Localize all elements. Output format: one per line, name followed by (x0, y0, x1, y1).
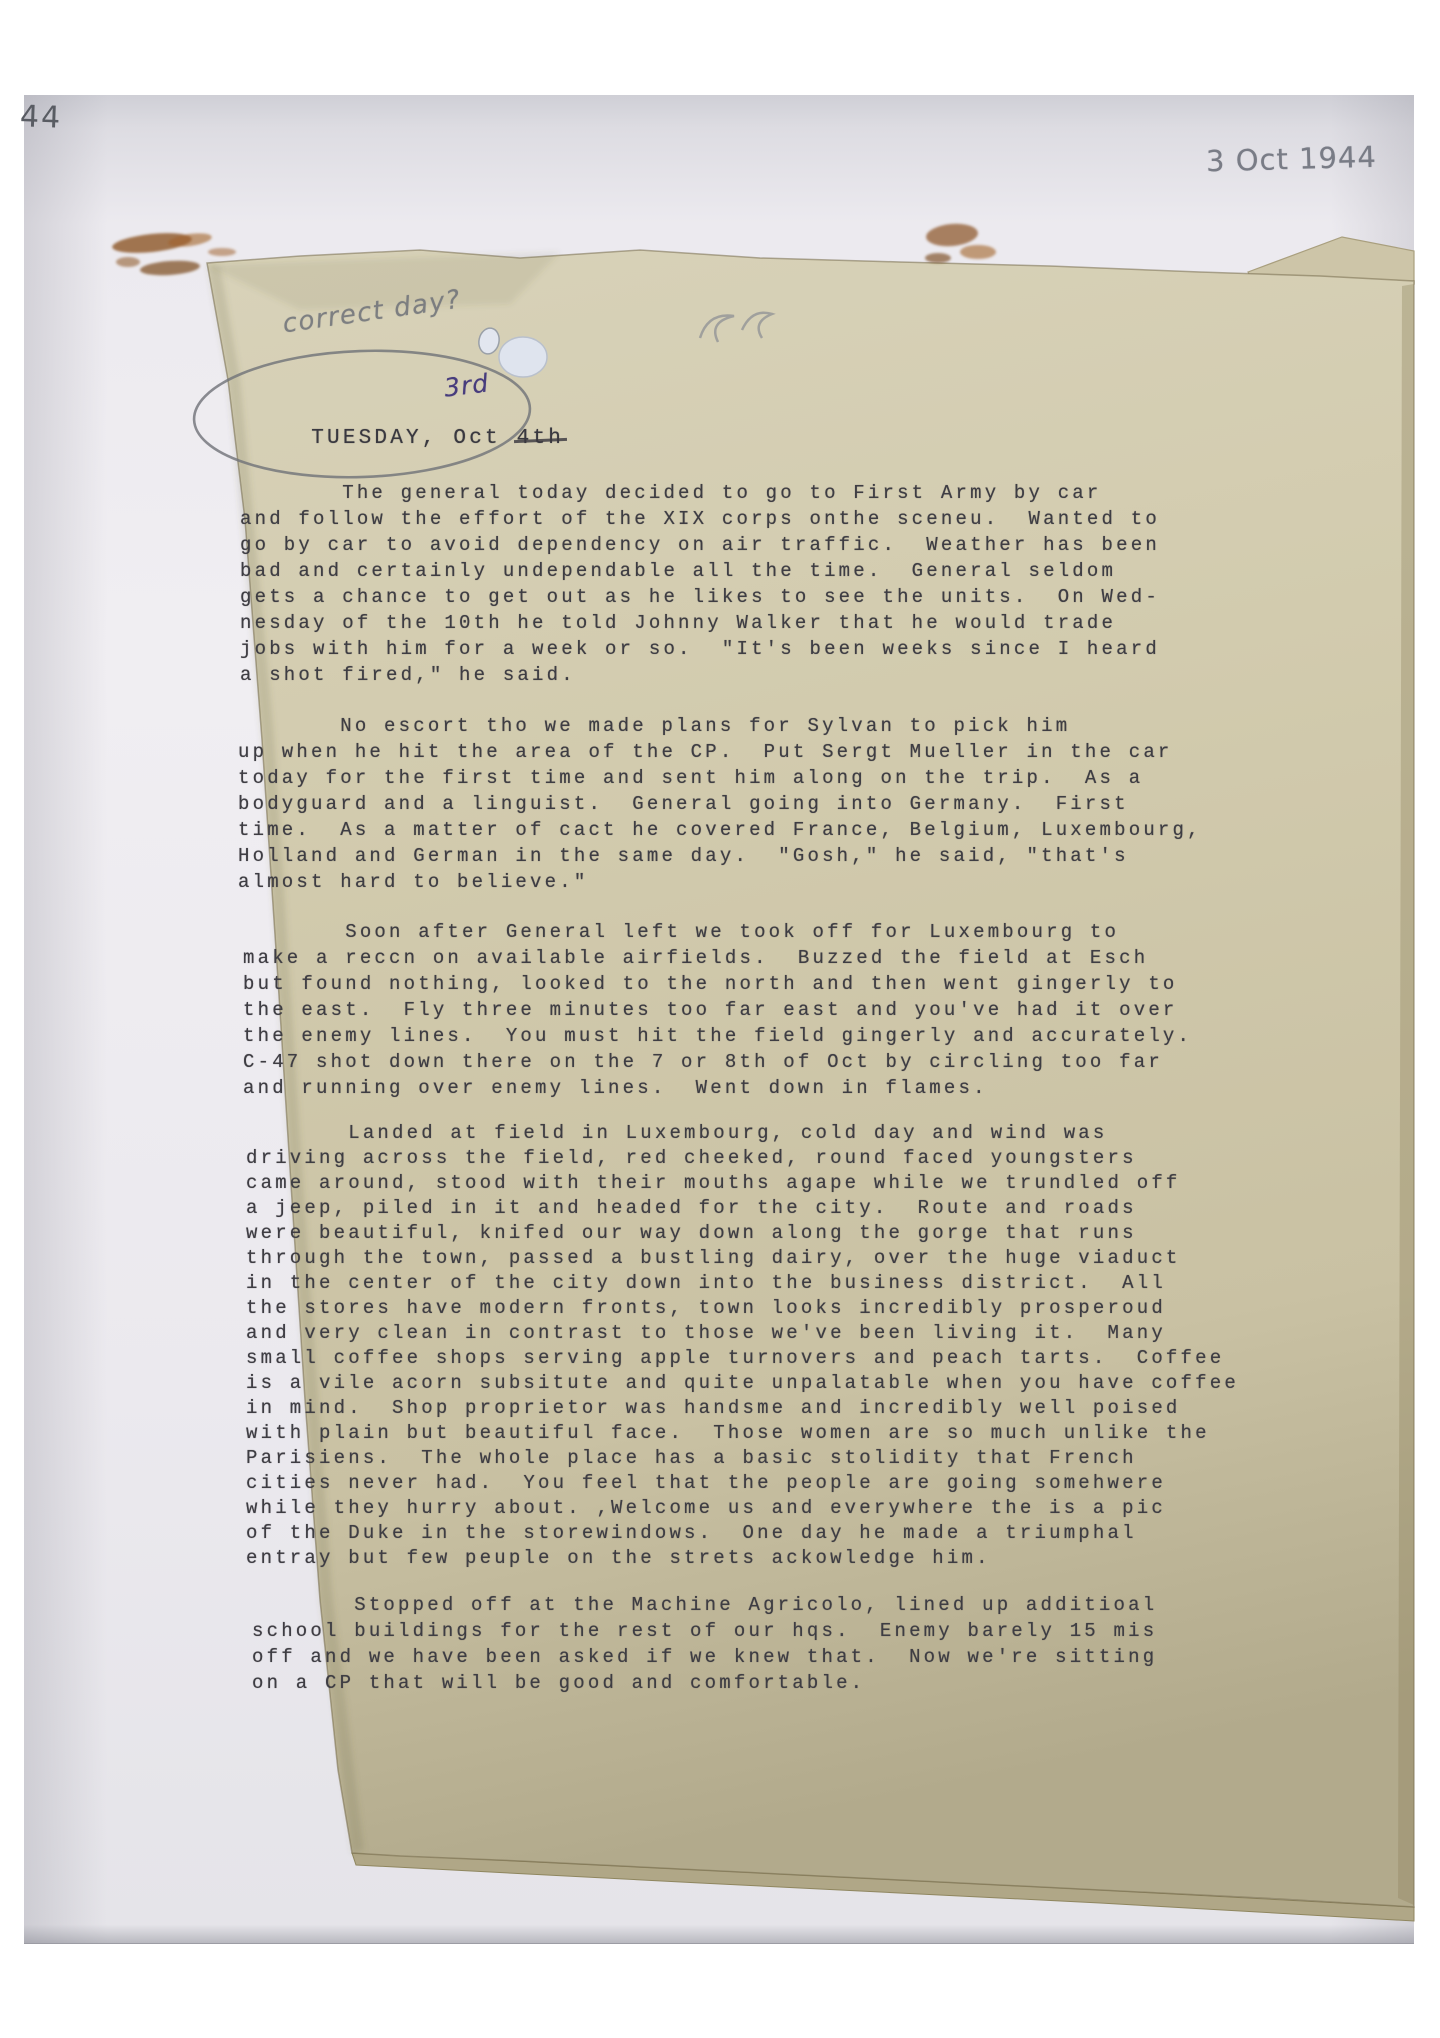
heading-struck-day: 4th (517, 427, 564, 450)
heading-correction: 3rd (442, 368, 490, 402)
date-annotation: 3 Oct 1944 (1206, 140, 1378, 178)
diary-paragraph-2: No escort tho we made plans for Sylvan t… (238, 713, 1202, 895)
diary-paragraph-1: The general today decided to go to First… (240, 480, 1160, 688)
heading-text: TUESDAY, Oct (311, 427, 516, 450)
diary-paragraph-5: Stopped off at the Machine Agricolo, lin… (252, 1592, 1157, 1696)
page-number-annotation: 44 (19, 99, 62, 135)
diary-paragraph-4: Landed at field in Luxembourg, cold day … (246, 1121, 1239, 1571)
diary-paragraph-3: Soon after General left we took off for … (243, 919, 1192, 1101)
scanned-diary-page: 44 3 Oct 1944 correct day? TUESDAY, Oct … (0, 0, 1440, 2038)
